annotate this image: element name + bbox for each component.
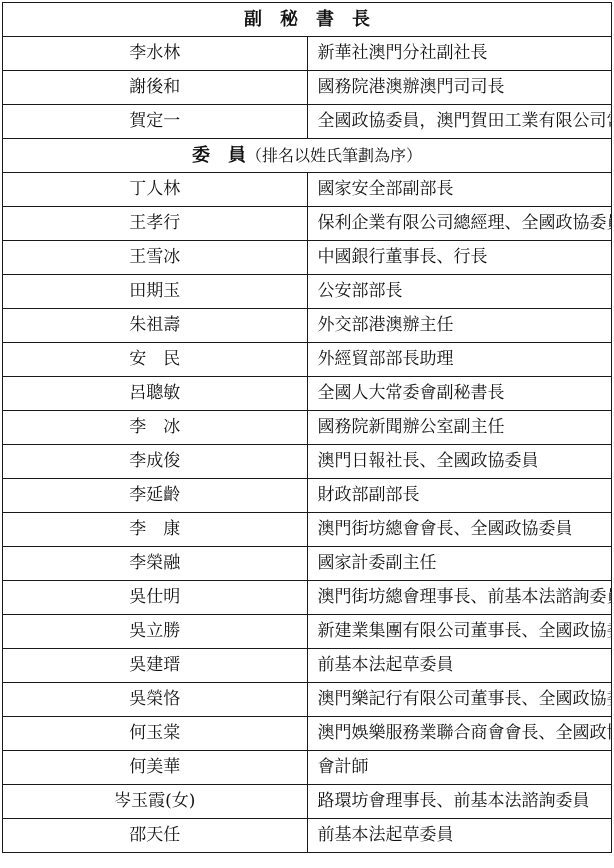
- member-title: 公安部部長: [307, 275, 612, 309]
- member-name: 謝後和: [3, 71, 308, 105]
- member-title: 保利企業有限公司總經理、全國政協委員: [307, 207, 612, 241]
- member-name: 田期玉: [3, 275, 308, 309]
- member-title: 財政部副部長: [307, 479, 612, 513]
- member-name: 李榮融: [3, 547, 308, 581]
- member-name: 李 康: [3, 513, 308, 547]
- section-header-row: 副 秘 書 長: [3, 3, 612, 37]
- table-row: 李 冰國務院新聞辦公室副主任: [3, 411, 612, 445]
- member-title: 國務院新聞辦公室副主任: [307, 411, 612, 445]
- member-name: 王雪冰: [3, 241, 308, 275]
- table-row: 吳建瑨前基本法起草委員: [3, 649, 612, 683]
- table-row: 李 康澳門街坊總會會長、全國政協委員: [3, 513, 612, 547]
- member-title: 澳門街坊總會理事長、前基本法諮詢委員: [307, 581, 612, 615]
- table-row: 李成俊澳門日報社長、全國政協委員: [3, 445, 612, 479]
- member-name: 李延齡: [3, 479, 308, 513]
- member-title: 路環坊會理事長、前基本法諮詢委員: [307, 785, 612, 819]
- table-row: 李延齡財政部副部長: [3, 479, 612, 513]
- member-title: 中國銀行董事長、行長: [307, 241, 612, 275]
- member-roster-table: 副 秘 書 長李水林新華社澳門分社副社長謝後和國務院港澳辦澳門司司長賀定一全國政…: [2, 2, 612, 853]
- table-row: 吳仕明澳門街坊總會理事長、前基本法諮詢委員: [3, 581, 612, 615]
- member-name: 吳建瑨: [3, 649, 308, 683]
- member-name: 岑玉霞(女): [3, 785, 308, 819]
- member-title: 全國政協委員，澳門賀田工業有限公司常務董事: [307, 105, 612, 139]
- table-row: 王雪冰中國銀行董事長、行長: [3, 241, 612, 275]
- member-title: 澳門日報社長、全國政協委員: [307, 445, 612, 479]
- member-title: 國家安全部副部長: [307, 173, 612, 207]
- member-title: 全國人大常委會副秘書長: [307, 377, 612, 411]
- table-row: 吳立勝新建業集團有限公司董事長、全國政協委員: [3, 615, 612, 649]
- section-heading: 副 秘 書 長: [3, 3, 612, 37]
- table-row: 田期玉公安部部長: [3, 275, 612, 309]
- table-row: 岑玉霞(女)路環坊會理事長、前基本法諮詢委員: [3, 785, 612, 819]
- table-row: 何美華會計師: [3, 751, 612, 785]
- table-row: 李榮融國家計委副主任: [3, 547, 612, 581]
- section-subheading-text: （排名以姓氏筆劃為序）: [246, 146, 422, 165]
- table-row: 謝後和國務院港澳辦澳門司司長: [3, 71, 612, 105]
- member-name: 何玉棠: [3, 717, 308, 751]
- member-title: 前基本法起草委員: [307, 819, 612, 853]
- member-title: 外經貿部部長助理: [307, 343, 612, 377]
- member-name: 王孝行: [3, 207, 308, 241]
- member-title: 新華社澳門分社副社長: [307, 37, 612, 71]
- member-name: 邵天任: [3, 819, 308, 853]
- member-title: 國家計委副主任: [307, 547, 612, 581]
- member-name: 吳榮恪: [3, 683, 308, 717]
- member-name: 何美華: [3, 751, 308, 785]
- table-row: 朱祖壽外交部港澳辦主任: [3, 309, 612, 343]
- table-row: 何玉棠澳門娛樂服務業聯合商會會長、全國政協委員: [3, 717, 612, 751]
- member-title: 外交部港澳辦主任: [307, 309, 612, 343]
- member-name: 李水林: [3, 37, 308, 71]
- table-row: 丁人林國家安全部副部長: [3, 173, 612, 207]
- member-name: 李成俊: [3, 445, 308, 479]
- member-name: 朱祖壽: [3, 309, 308, 343]
- table-row: 邵天任前基本法起草委員: [3, 819, 612, 853]
- member-name: 吳立勝: [3, 615, 308, 649]
- table-row: 王孝行保利企業有限公司總經理、全國政協委員: [3, 207, 612, 241]
- member-name: 李 冰: [3, 411, 308, 445]
- member-title: 澳門樂記行有限公司董事長、全國政協委員: [307, 683, 612, 717]
- table-row: 吳榮恪澳門樂記行有限公司董事長、全國政協委員: [3, 683, 612, 717]
- member-name: 呂聰敏: [3, 377, 308, 411]
- table-row: 賀定一全國政協委員，澳門賀田工業有限公司常務董事: [3, 105, 612, 139]
- table-row: 安 民外經貿部部長助理: [3, 343, 612, 377]
- member-name: 賀定一: [3, 105, 308, 139]
- member-title: 新建業集團有限公司董事長、全國政協委員: [307, 615, 612, 649]
- member-title: 澳門娛樂服務業聯合商會會長、全國政協委員: [307, 717, 612, 751]
- section-heading-text: 委 員: [192, 145, 246, 166]
- member-name: 吳仕明: [3, 581, 308, 615]
- table-row: 李水林新華社澳門分社副社長: [3, 37, 612, 71]
- member-title: 會計師: [307, 751, 612, 785]
- member-title: 前基本法起草委員: [307, 649, 612, 683]
- member-title: 國務院港澳辦澳門司司長: [307, 71, 612, 105]
- section-header-row: 委 員（排名以姓氏筆劃為序）: [3, 139, 612, 173]
- section-heading: 委 員（排名以姓氏筆劃為序）: [3, 139, 612, 173]
- section-heading-text: 副 秘 書 長: [244, 9, 370, 30]
- member-name: 丁人林: [3, 173, 308, 207]
- member-title: 澳門街坊總會會長、全國政協委員: [307, 513, 612, 547]
- member-name: 安 民: [3, 343, 308, 377]
- table-row: 呂聰敏全國人大常委會副秘書長: [3, 377, 612, 411]
